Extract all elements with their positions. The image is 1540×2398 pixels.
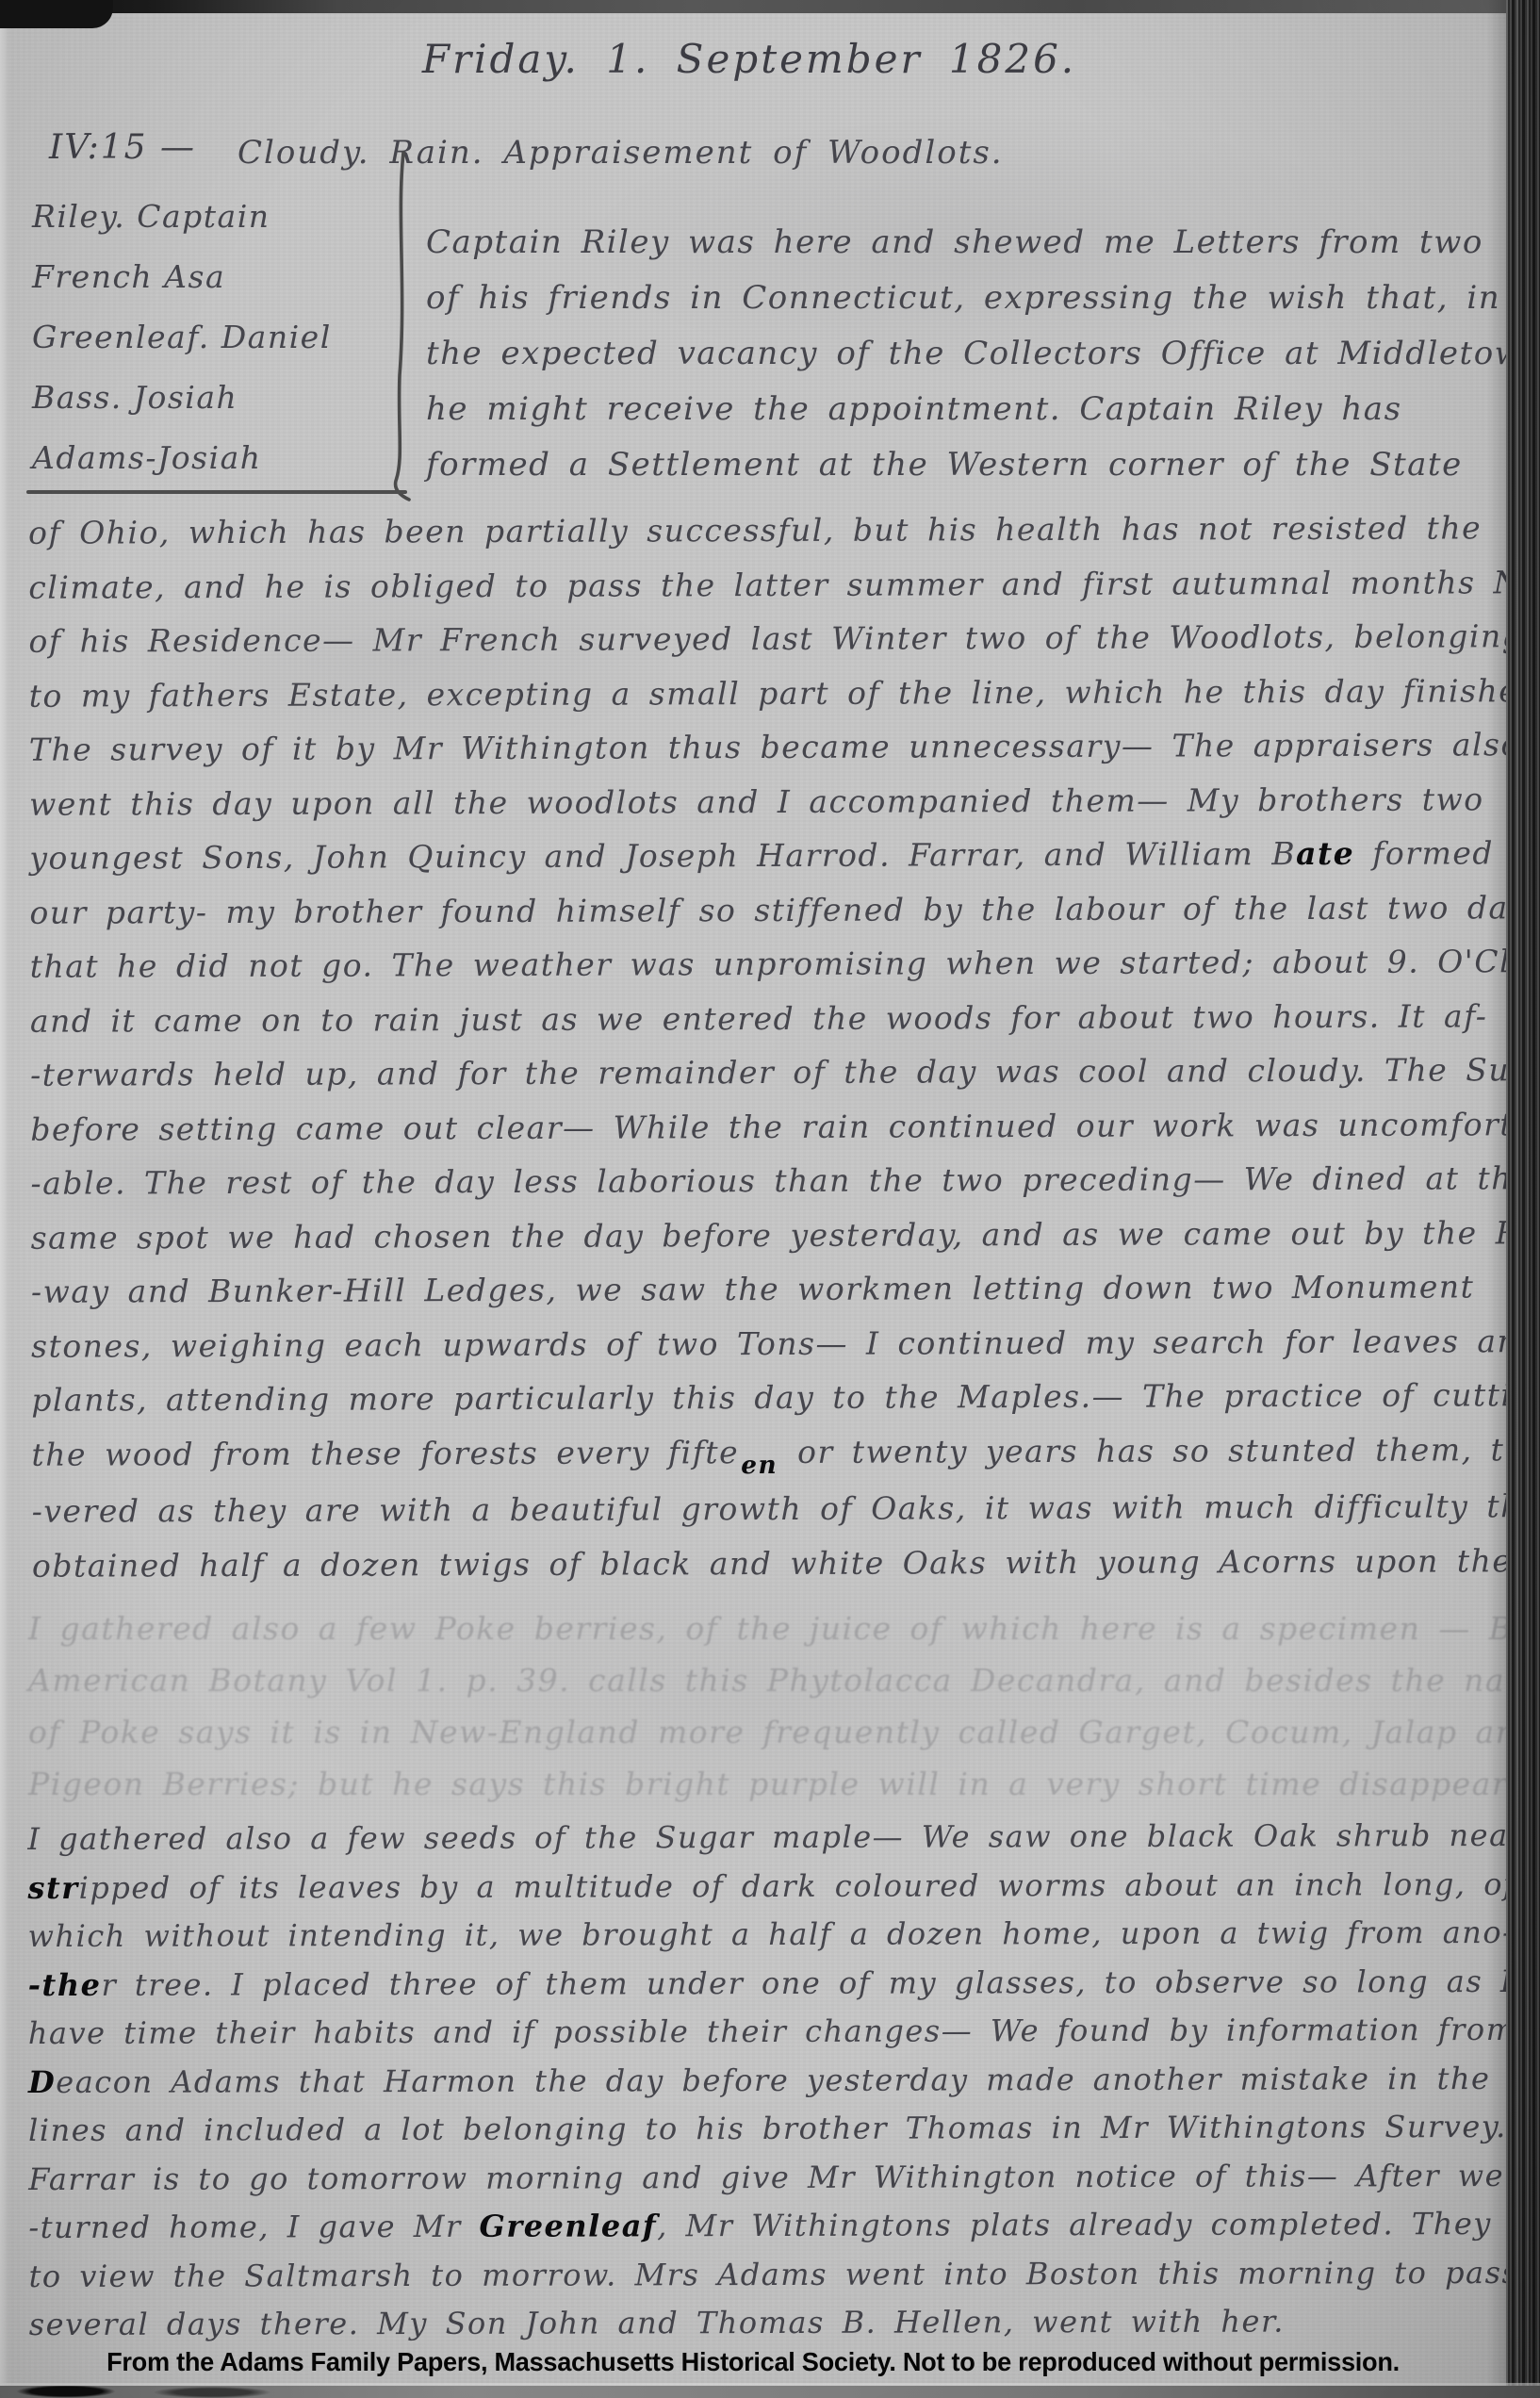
manuscript-line: and it came on to rain just as we entere…: [30, 989, 1510, 1048]
manuscript-line: stones, weighing each upwards of two Ton…: [31, 1314, 1511, 1373]
manuscript-line: Farrar is to go tomorrow morning and giv…: [28, 2151, 1508, 2204]
manuscript-line: -way and Bunker-Hill Ledges, we saw the …: [31, 1259, 1511, 1319]
margin-name: Bass. Josiah: [32, 368, 332, 428]
faded-manuscript-line: Pigeon Berries; but he says this bright …: [28, 1758, 1508, 1810]
manuscript-line: have time their habits and if possible t…: [28, 2006, 1508, 2059]
manuscript-line: of Ohio, which has been partially succes…: [28, 501, 1508, 560]
scan-left-edge: [0, 0, 9, 2398]
manuscript-line: of his friends in Connecticut, expressin…: [426, 271, 1510, 326]
ink-overwrite: Greenleaf: [479, 2208, 657, 2243]
intro-paragraph: Captain Riley was here and shewed me Let…: [426, 215, 1510, 493]
book-page-edges: [1506, 0, 1540, 2398]
main-body-paragraph: of Ohio, which has been partially succes…: [28, 501, 1512, 1592]
ink-overwrite: ate: [1296, 835, 1354, 872]
archive-credit-line: From the Adams Family Papers, Massachuse…: [23, 2347, 1483, 2377]
entry-weather-summary: Cloudy. Rain. Appraisement of Woodlots.: [238, 134, 1004, 172]
manuscript-line: plants, attending more particularly this…: [31, 1368, 1511, 1427]
manuscript-line: Captain Riley was here and shewed me Let…: [426, 215, 1510, 271]
faded-erased-paragraph: I gathered also a few Poke berries, of t…: [28, 1602, 1508, 1810]
entry-date-title: Friday. 1. September 1826.: [0, 36, 1499, 82]
manuscript-line: climate, and he is obliged to pass the l…: [28, 555, 1508, 615]
manuscript-line: same spot we had chosen the day before y…: [31, 1206, 1511, 1265]
manuscript-line: -turned home, I gave Mr Greenleaf, Mr Wi…: [28, 2200, 1508, 2253]
manuscript-line: the wood from these forests every fiftee…: [31, 1422, 1511, 1485]
manuscript-line: to view the Saltmarsh to morrow. Mrs Ada…: [28, 2248, 1508, 2301]
manuscript-line: he might receive the appointment. Captai…: [426, 382, 1510, 437]
manuscript-line: Deacon Adams that Harmon the day before …: [28, 2054, 1508, 2107]
margin-name: Riley. Captain: [32, 187, 332, 247]
margin-divider-bracket: [381, 149, 424, 513]
margin-underline-rule: [26, 490, 407, 494]
manuscript-line: The survey of it by Mr Withington thus b…: [29, 717, 1509, 777]
manuscript-line: formed a Settlement at the Western corne…: [426, 437, 1510, 493]
ink-overwrite: str: [27, 1869, 78, 1905]
faded-manuscript-line: of Poke says it is in New-England more f…: [28, 1706, 1508, 1758]
margin-name: Adams-Josiah: [32, 428, 332, 488]
scan-top-edge: [0, 0, 1540, 13]
manuscript-line: the expected vacancy of the Collectors O…: [426, 326, 1510, 382]
margin-name: French Asa: [32, 247, 332, 307]
page-gutter-shadow: [1487, 0, 1506, 2398]
lower-body-paragraph: I gathered also a few seeds of the Sugar…: [27, 1812, 1508, 2350]
margin-name-list: Riley. CaptainFrench AsaGreenleaf. Danie…: [32, 187, 332, 488]
manuscript-line: -terwards held up, and for the remainder…: [30, 1043, 1510, 1102]
manuscript-line: several days there. My Son John and Thom…: [29, 2297, 1509, 2350]
scan-top-left-corner: [0, 0, 113, 28]
manuscript-line: I gathered also a few seeds of the Sugar…: [27, 1812, 1507, 1864]
manuscript-line: -vered as they are with a beautiful grow…: [32, 1479, 1512, 1538]
manuscript-line: went this day upon all the woodlots and …: [29, 772, 1509, 831]
manuscript-page-scan: Friday. 1. September 1826. IV:15 — Cloud…: [0, 0, 1540, 2398]
manuscript-line: that he did not go. The weather was unpr…: [30, 934, 1510, 994]
ink-insertion: en: [741, 1451, 778, 1480]
manuscript-line: obtained half a dozen twigs of black and…: [32, 1534, 1512, 1593]
manuscript-line: -able. The rest of the day less laboriou…: [30, 1151, 1510, 1210]
manuscript-line: -ther tree. I placed three of them under…: [28, 1957, 1508, 2010]
scan-bottom-edge: [0, 2386, 1540, 2398]
faded-manuscript-line: I gathered also a few Poke berries, of t…: [28, 1602, 1508, 1654]
ink-overwrite: -the: [28, 1966, 102, 2002]
manuscript-line: lines and included a lot belonging to hi…: [28, 2103, 1508, 2156]
manuscript-line: before setting came out clear— While the…: [30, 1097, 1510, 1157]
manuscript-line: youngest Sons, John Quincy and Joseph Ha…: [29, 826, 1509, 885]
entry-time-mark: IV:15 —: [49, 128, 196, 167]
faded-manuscript-line: American Botany Vol 1. p. 39. calls this…: [28, 1654, 1508, 1706]
manuscript-line: of his Residence— Mr French surveyed las…: [28, 609, 1508, 668]
manuscript-line: to my fathers Estate, excepting a small …: [29, 664, 1509, 723]
manuscript-line: stripped of its leaves by a multitude of…: [27, 1860, 1507, 1913]
manuscript-line: which without intending it, we brought a…: [28, 1909, 1508, 1962]
ink-overwrite: D: [28, 2063, 56, 2099]
manuscript-line: our party- my brother found himself so s…: [29, 880, 1509, 940]
margin-name: Greenleaf. Daniel: [32, 307, 332, 368]
